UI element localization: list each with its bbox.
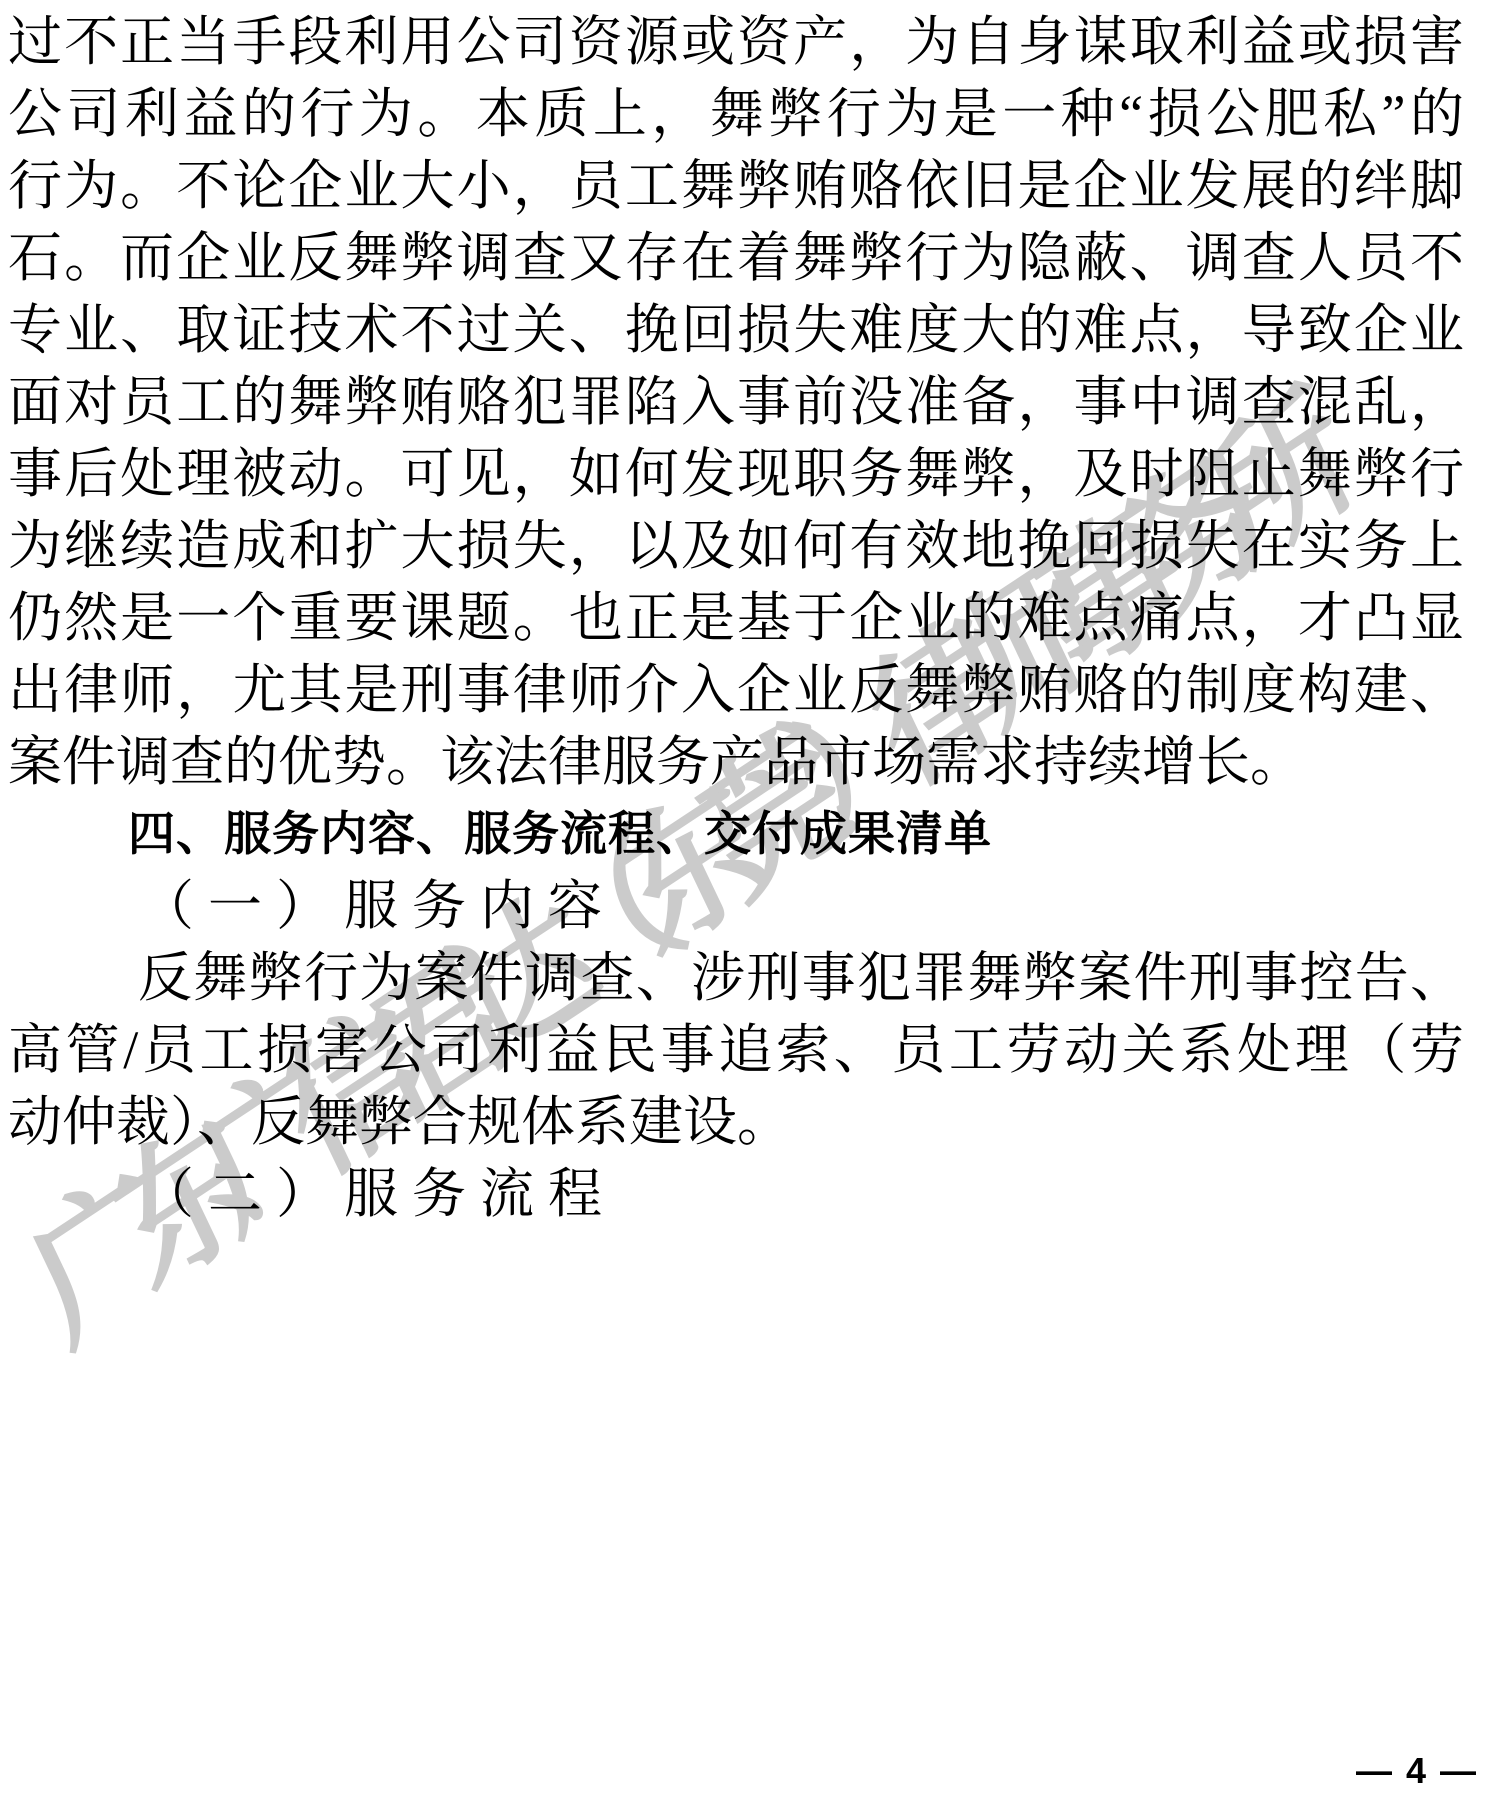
body-line: 案件调查的优势。该法律服务产品市场需求持续增长。 — [8, 726, 1464, 798]
body-line: 专业、取证技术不过关、挽回损失难度大的难点，导致企业 — [8, 294, 1464, 366]
body-line: 公司利益的行为。本质上，舞弊行为是一种“损公肥私”的 — [8, 78, 1464, 150]
body-line: 过不正当手段利用公司资源或资产，为自身谋取利益或损害 — [8, 6, 1464, 78]
document-page: 广东广信君达（东莞）律师事务所 过不正当手段利用公司资源或资产，为自身谋取利益或… — [0, 0, 1500, 1796]
body-line: 行为。不论企业大小，员工舞弊贿赂依旧是企业发展的绊脚 — [8, 150, 1464, 222]
subsection-heading-1: （一）服务内容 — [8, 870, 1464, 942]
body-line: 高管/员工损害公司利益民事追索、员工劳动关系处理（劳 — [8, 1014, 1464, 1086]
body-line: 出律师，尤其是刑事律师介入企业反舞弊贿赂的制度构建、 — [8, 654, 1464, 726]
subsection-heading-2: （二）服务流程 — [8, 1158, 1464, 1230]
body-line: 动仲裁）、反舞弊合规体系建设。 — [8, 1086, 1464, 1158]
page-number: — 4 — — [1356, 1750, 1478, 1792]
document-body: 过不正当手段利用公司资源或资产，为自身谋取利益或损害 公司利益的行为。本质上，舞… — [0, 0, 1500, 1230]
section-heading: 四、服务内容、服务流程、交付成果清单 — [8, 798, 1464, 870]
body-line: 为继续造成和扩大损失，以及如何有效地挽回损失在实务上 — [8, 510, 1464, 582]
body-line: 反舞弊行为案件调查、涉刑事犯罪舞弊案件刑事控告、 — [8, 942, 1464, 1014]
body-line: 仍然是一个重要课题。也正是基于企业的难点痛点，才凸显 — [8, 582, 1464, 654]
body-line: 面对员工的舞弊贿赂犯罪陷入事前没准备，事中调查混乱， — [8, 366, 1464, 438]
body-line: 事后处理被动。可见，如何发现职务舞弊，及时阻止舞弊行 — [8, 438, 1464, 510]
body-line: 石。而企业反舞弊调查又存在着舞弊行为隐蔽、调查人员不 — [8, 222, 1464, 294]
